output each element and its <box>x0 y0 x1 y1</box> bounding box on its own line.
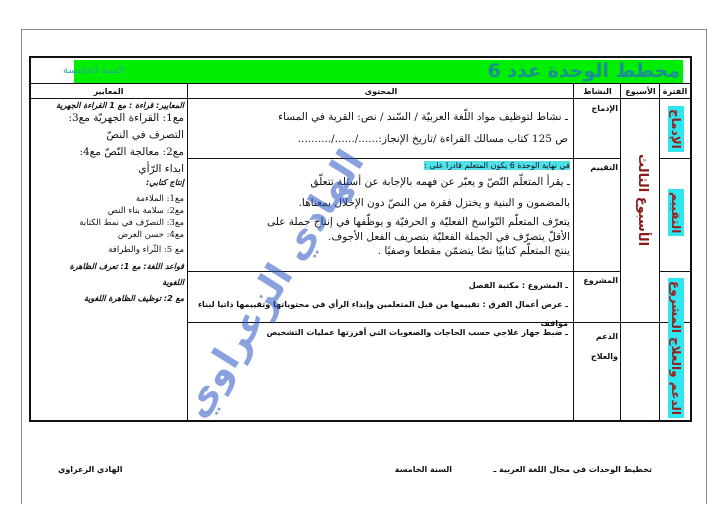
criteria-line: ابداء الرّأي <box>34 161 184 178</box>
reading-criteria-title: المعايير: قراءة : مع 1 القراءة الجهرية <box>34 101 184 110</box>
grammar-criteria-title: قواعد اللغة: مع 1: تعرف الظاهرة <box>34 259 184 275</box>
row-divider <box>188 158 621 159</box>
content-assessment: في نهاية الوحدة 6 يكون المتعلم قادرا على… <box>190 161 570 258</box>
period-integration: الإدماج <box>669 106 683 152</box>
period-assessment: التقييم <box>669 189 683 236</box>
row-divider <box>660 271 690 272</box>
col-divider <box>620 84 621 420</box>
criteria-line: مع1: القراءة الجهريّة مع3: <box>34 110 184 127</box>
unit-title: مخطط الوحدة عدد 6 <box>487 58 680 84</box>
activity-assessment: التقييم <box>576 163 618 172</box>
criteria-line: مع2: معالجة النّصّ مع4: <box>34 144 184 161</box>
content-line: يتعرّف المتعلّم النّواسخ الفعليّة و الحر… <box>190 214 570 230</box>
content-project: ـ المشروع : مكتبة الفصل ـ عرض أعمال الفر… <box>190 276 568 333</box>
activity-project: المشروع <box>576 276 618 285</box>
week-label: الأسبوع الثالث <box>635 154 650 246</box>
criteria-line: التصرف في النصّ <box>34 127 184 144</box>
footer-author: الهادي الزعراوي <box>58 465 122 474</box>
grammar-criteria-title-cont: اللغوية <box>34 275 184 291</box>
row-divider <box>660 158 690 159</box>
col-divider <box>573 84 574 420</box>
header-criteria: المعايير <box>29 84 188 99</box>
content-line: بالمضمون و البنية و يختزل فقرة من النصّ … <box>190 192 570 214</box>
activity-remediation: الدعم والعلاج <box>584 327 618 367</box>
content-line: ـ يقرأ المتعلّم النّصّ و يعبّر عن فهمه ب… <box>190 172 570 192</box>
grammar-criteria-item: مع 2: توظيف الظاهرة اللغوية <box>34 291 184 307</box>
header-week: الأسبوع <box>621 84 660 99</box>
footer-title: تخطيط الوحدات في مجال اللغة العربية ـ <box>493 465 652 474</box>
unit-plan-table: الفترة الأسبوع النشاط المحتوى المعايير ا… <box>29 84 692 422</box>
criteria-line: مع1: الملاءمة <box>34 193 184 205</box>
content-line: ـ نشاط لتوظيف مواد اللّغة العربيّة / الس… <box>190 106 568 128</box>
activity-integration: الإدماج <box>576 104 618 113</box>
col-divider <box>187 84 188 420</box>
period-project: المشروع <box>669 278 683 336</box>
header-activity: النشاط <box>574 84 621 99</box>
content-line: ص 125 كتاب مسالك القراءة /تاريخ الإنجاز:… <box>190 128 568 150</box>
header-content: المحتوى <box>188 84 574 99</box>
criteria-line: مع4: حسن العرض <box>34 229 184 241</box>
period-remediation: الدعم والعلاج <box>669 334 683 418</box>
writing-criteria-title: إنتاج كتابي: <box>34 178 184 187</box>
criteria-line: مع 5: الثّراء والطرافة <box>34 241 184 259</box>
col-divider <box>659 84 660 420</box>
content-line: ـ ضبط جهاز علاجي حسب الحاجات والصعوبات ا… <box>190 328 568 337</box>
header-period: الفترة <box>660 84 690 99</box>
content-line: الأقلّ يتصرّف في الجملة الفعليّة بتصريف … <box>190 230 570 244</box>
criteria-line: مع3: التصرّف في نمط الكتابة <box>34 217 184 229</box>
content-line: ـ المشروع : مكتبة الفصل <box>190 276 568 295</box>
content-line: ينتج المتعلّم كتابيًا نصّا يتضمّن مقطعا … <box>190 244 570 258</box>
criteria-line: مع2: سلامة بناء النص <box>34 205 184 217</box>
row-divider <box>188 271 621 272</box>
unit-title-row: مخطط الوحدة عدد 6 السنة الخامسة <box>29 56 692 84</box>
footer-grade: السنة الخامسة <box>395 465 452 474</box>
assessment-heading: في نهاية الوحدة 6 يكون المتعلم قادرا على… <box>190 161 570 170</box>
content-remediation: ـ ضبط جهاز علاجي حسب الحاجات والصعوبات ا… <box>190 328 568 337</box>
criteria-cell: المعايير: قراءة : مع 1 القراءة الجهرية م… <box>34 101 184 307</box>
content-integration: ـ نشاط لتوظيف مواد اللّغة العربيّة / الس… <box>190 106 568 150</box>
grade-label: السنة الخامسة <box>63 62 124 80</box>
